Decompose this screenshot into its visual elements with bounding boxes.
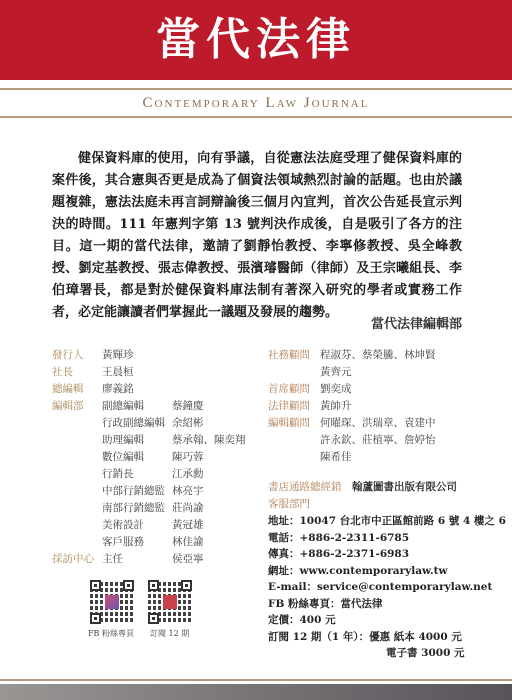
advisor-label: 社務顧問 xyxy=(268,347,320,364)
staff-person: 林佳諭 xyxy=(172,534,204,551)
staff-row: 中部行銷總監林亮宇 xyxy=(52,483,252,500)
qr-caption-subscribe: 訂閱 12 期 xyxy=(150,628,189,639)
staff-row: 總編輯廖義銘 xyxy=(52,381,252,398)
price: 定價：400 元 xyxy=(268,612,498,629)
qr-code-icon[interactable] xyxy=(90,580,134,624)
advisor-row: 陳希佳 xyxy=(268,449,488,466)
advisor-names: 陳希佳 xyxy=(320,449,352,466)
advisor-row: 法律顧問黃帥升 xyxy=(268,398,488,415)
staff-role: 副總編輯 xyxy=(102,398,172,415)
qr-codes xyxy=(90,580,192,624)
staff-row: 發行人黃輝珍 xyxy=(52,347,252,364)
advisor-label xyxy=(268,432,320,449)
staff-role: 美術設計 xyxy=(102,517,172,534)
staff-role: 客戶服務 xyxy=(102,534,172,551)
qr-finder xyxy=(123,580,134,591)
journal-logo-icon xyxy=(163,595,177,609)
staff-label xyxy=(52,466,102,483)
journal-subtitle: Contemporary Law Journal xyxy=(0,92,512,114)
staff-person: 江承勳 xyxy=(172,466,204,483)
staff-label xyxy=(52,449,102,466)
distributor-name: 翰蘆圖書出版有限公司 xyxy=(352,479,457,496)
staff-person: 陳巧蓉 xyxy=(172,449,204,466)
staff-label: 發行人 xyxy=(52,347,102,364)
staff-row: 行銷長江承勳 xyxy=(52,466,252,483)
staff-role: 助理編輯 xyxy=(102,432,172,449)
advisor-label xyxy=(268,364,320,381)
staff-person: 蔡鐘慶 xyxy=(172,398,204,415)
qr-finder xyxy=(181,580,192,591)
staff-role: 行政副總編輯 xyxy=(102,415,172,432)
footer-divider xyxy=(0,679,512,681)
staff-person: 林亮宇 xyxy=(172,483,204,500)
staff-row: 行政副總編輯余紹彬 xyxy=(52,415,252,432)
fb-page: FB 粉絲專頁：當代法律 xyxy=(268,596,498,613)
divider-bottom xyxy=(0,116,512,118)
phone: 電話：+886-2-2311-6785 xyxy=(268,530,498,547)
divider-top xyxy=(0,88,512,90)
staff-label xyxy=(52,517,102,534)
staff-person: 黃冠雄 xyxy=(172,517,204,534)
qr-captions: FB 粉絲專頁 訂閱 12 期 xyxy=(88,628,189,639)
fax: 傳真：+886-2-2371-6983 xyxy=(268,546,498,563)
website-link[interactable]: 網址：www.contemporarylaw.tw xyxy=(268,563,498,580)
masthead-banner: 當代法律 xyxy=(0,0,512,80)
journal-title: 當代法律 xyxy=(0,10,512,70)
ebook-price: 電子書 3000 元 xyxy=(268,645,498,662)
staff-row: 社長王晨桓 xyxy=(52,364,252,381)
qr-finder xyxy=(148,580,159,591)
distribution-row: 書店通路總經銷 翰蘆圖書出版有限公司 xyxy=(268,479,498,496)
fb-logo-icon xyxy=(105,595,119,609)
staff-label xyxy=(52,432,102,449)
staff-person: 蔡承翰、陳奕翔 xyxy=(172,432,246,449)
distribution-label: 書店通路總經銷 xyxy=(268,479,352,496)
staff-label: 採訪中心 xyxy=(52,551,102,568)
advisor-label: 首席顧問 xyxy=(268,381,320,398)
staff-row: 美術設計黃冠雄 xyxy=(52,517,252,534)
staff-role: 中部行銷總監 xyxy=(102,483,172,500)
staff-label: 編輯部 xyxy=(52,398,102,415)
staff-role: 主任 xyxy=(102,551,172,568)
staff-role: 南部行銷總監 xyxy=(102,500,172,517)
advisor-names: 劉奕成 xyxy=(320,381,352,398)
service-label: 客服部門 xyxy=(268,496,352,513)
staff-row: 客戶服務林佳諭 xyxy=(52,534,252,551)
advisor-label: 法律顧問 xyxy=(268,398,320,415)
advisors-list: 社務顧問程淑芬、蔡榮騰、林坤賢 黃齊元 首席顧問劉奕成 法律顧問黃帥升 編輯顧問… xyxy=(268,347,488,466)
staff-label xyxy=(52,483,102,500)
distribution-block: 書店通路總經銷 翰蘆圖書出版有限公司 客服部門 xyxy=(268,479,498,513)
staff-name: 黃輝珍 xyxy=(102,347,172,364)
staff-label xyxy=(52,534,102,551)
editorial-intro: 健保資料庫的使用，向有爭議，自從憲法法庭受理了健保資料庫的案件後，其合憲與否更是… xyxy=(52,148,462,324)
staff-role: 行銷長 xyxy=(102,466,172,483)
advisor-row: 首席顧問劉奕成 xyxy=(268,381,488,398)
staff-person: 侯亞寧 xyxy=(172,551,204,568)
staff-label xyxy=(52,500,102,517)
advisor-row: 黃齊元 xyxy=(268,364,488,381)
contact-info: 地址：10047 台北市中正區館前路 6 號 4 樓之 6 電話：+886-2-… xyxy=(268,513,498,662)
staff-row: 採訪中心主任侯亞寧 xyxy=(52,551,252,568)
advisor-names: 黃齊元 xyxy=(320,364,352,381)
staff-row: 數位編輯陳巧蓉 xyxy=(52,449,252,466)
staff-label: 社長 xyxy=(52,364,102,381)
staff-name: 廖義銘 xyxy=(102,381,172,398)
advisor-label: 編輯顧問 xyxy=(268,415,320,432)
qr-finder xyxy=(90,613,101,624)
staff-person: 莊尚諭 xyxy=(172,500,204,517)
advisor-names: 程淑芬、蔡榮騰、林坤賢 xyxy=(320,347,436,364)
qr-finder xyxy=(148,613,159,624)
qr-finder xyxy=(90,580,101,591)
intro-paragraph: 健保資料庫的使用，向有爭議，自從憲法法庭受理了健保資料庫的案件後，其合憲與否更是… xyxy=(52,148,462,324)
advisor-row: 編輯顧問何曜琛、洪瑞章、袁建中 xyxy=(268,415,488,432)
advisor-names: 何曜琛、洪瑞章、袁建中 xyxy=(320,415,436,432)
advisor-row: 社務顧問程淑芬、蔡榮騰、林坤賢 xyxy=(268,347,488,364)
advisor-row: 許永欽、莊植寧、詹婷怡 xyxy=(268,432,488,449)
editorial-signature: 當代法律編輯部 xyxy=(371,313,462,332)
staff-list: 發行人黃輝珍 社長王晨桓 總編輯廖義銘 編輯部副總編輯蔡鐘慶 行政副總編輯余紹彬… xyxy=(52,347,252,568)
advisor-names: 許永欽、莊植寧、詹婷怡 xyxy=(320,432,436,449)
staff-role: 數位編輯 xyxy=(102,449,172,466)
staff-row: 南部行銷總監莊尚諭 xyxy=(52,500,252,517)
qr-code-icon[interactable] xyxy=(148,580,192,624)
staff-row: 編輯部副總編輯蔡鐘慶 xyxy=(52,398,252,415)
staff-name: 王晨桓 xyxy=(102,364,172,381)
address: 地址：10047 台北市中正區館前路 6 號 4 樓之 6 xyxy=(268,513,498,530)
staff-label: 總編輯 xyxy=(52,381,102,398)
advisor-label xyxy=(268,449,320,466)
staff-person: 余紹彬 xyxy=(172,415,204,432)
footer-band xyxy=(0,684,512,700)
staff-label xyxy=(52,415,102,432)
service-row: 客服部門 xyxy=(268,496,498,513)
email-link[interactable]: E-mail：service@contemporarylaw.net xyxy=(268,579,498,596)
subscription-price: 訂閱 12 期（1 年）：優惠 紙本 4000 元 xyxy=(268,629,498,646)
staff-row: 助理編輯蔡承翰、陳奕翔 xyxy=(52,432,252,449)
advisor-names: 黃帥升 xyxy=(320,398,352,415)
qr-caption-fb: FB 粉絲專頁 xyxy=(88,628,134,639)
